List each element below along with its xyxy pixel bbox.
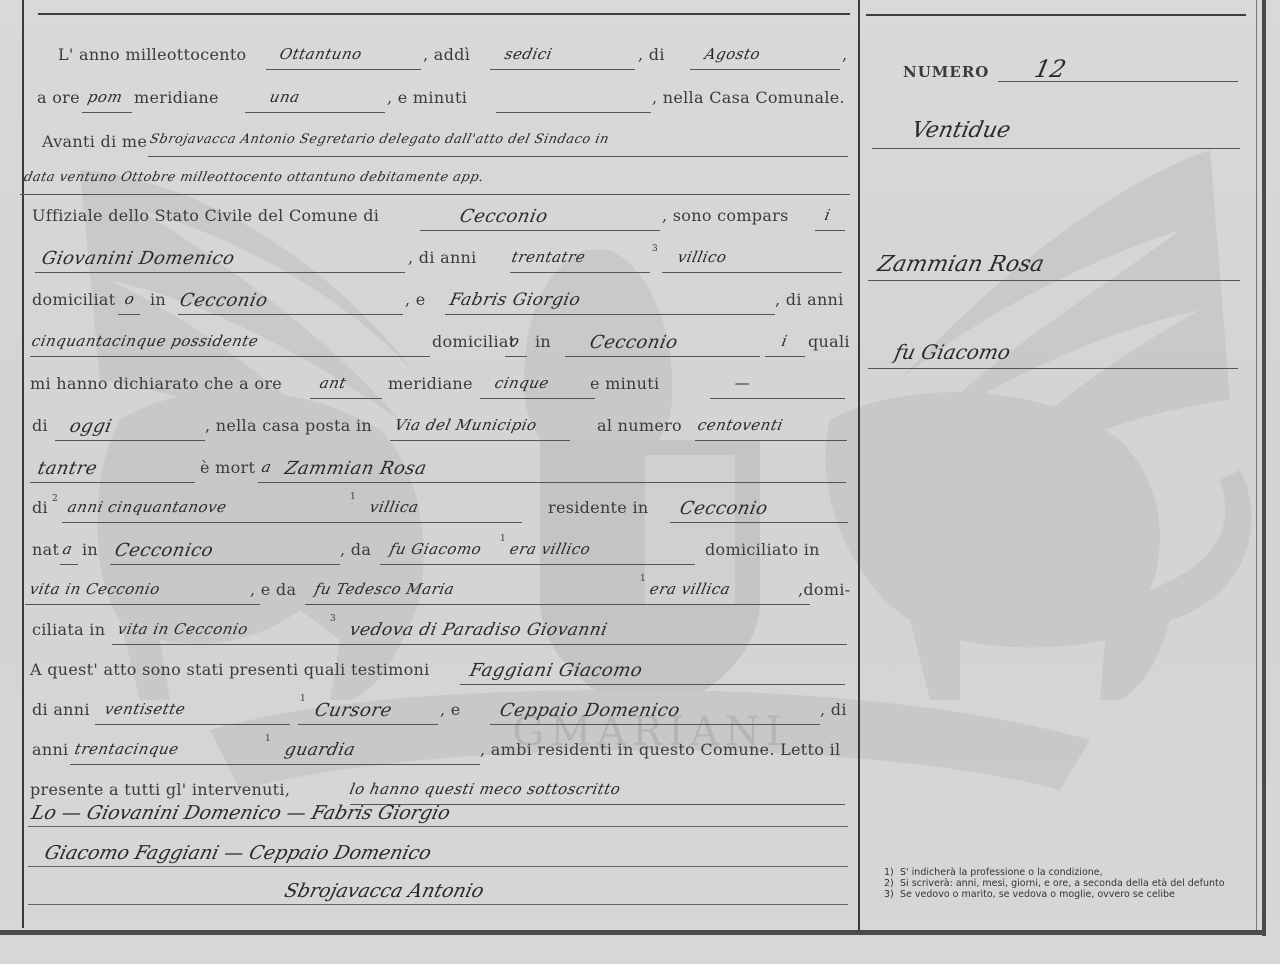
footnote-mark: 1 (300, 694, 306, 704)
handwritten-delegation: data ventuno Ottobre milleottocento otta… (22, 170, 485, 185)
signature-officer: Sbrojavacca Antonio (282, 880, 486, 902)
printed-text: domiciliat (32, 290, 115, 309)
printed-text: in (82, 540, 98, 559)
handwritten-marital-status: vedova di Paradiso Giovanni (348, 620, 609, 640)
handwritten-suffix: i (823, 206, 832, 224)
left-border (22, 0, 24, 928)
printed-text: , e (440, 700, 461, 719)
printed-text: nat (32, 540, 59, 559)
form-line-witnesses: A quest' atto sono stati presenti quali … (30, 660, 850, 690)
form-line-declaration-time: mi hanno dichiarato che a ore ant meridi… (30, 374, 850, 404)
handwritten-father: fu Giacomo (388, 540, 483, 558)
signature-declarants: Lo — Giovanini Domenico — Fabris Giorgio (29, 802, 452, 824)
handwritten-witness-2-profession: guardia (283, 740, 357, 760)
printed-text: , e da (250, 580, 296, 599)
handwritten-hour-2: una (268, 88, 302, 106)
handwritten-hour: pom (86, 88, 124, 106)
footnote-mark: 1 (500, 534, 506, 544)
printed-text: al numero (597, 416, 682, 435)
printed-text: Uffiziale dello Stato Civile del Comune … (32, 206, 379, 225)
form-line-age-residence: di 2 anni cinquantanove 1 villica reside… (30, 498, 850, 528)
handwritten-place: Cecconio (178, 290, 270, 311)
printed-text: , sono compars (662, 206, 789, 225)
form-line-deceased: tantre è mort a Zammian Rosa (30, 458, 850, 488)
column-divider (858, 0, 860, 930)
handwritten-deceased-name: Zammian Rosa (283, 458, 429, 479)
printed-text: meridiane (134, 88, 219, 107)
printed-text: è mort (200, 458, 255, 477)
printed-text: , nella casa posta in (205, 416, 372, 435)
handwritten-declarant-2: Fabris Giorgio (448, 290, 583, 310)
printed-text: di (32, 498, 48, 517)
handwritten-comune: Cecconio (458, 206, 550, 227)
printed-text: anni (32, 740, 68, 759)
handwritten-place: Cecconio (678, 498, 770, 519)
printed-text: in (535, 332, 551, 351)
footnote-1: 1) S' indicherà la professione o la cond… (884, 867, 1244, 878)
handwritten-suffix: a (61, 540, 74, 558)
handwritten-profession: villico (676, 248, 728, 266)
form-line-address: di oggi , nella casa posta in Via del Mu… (30, 416, 850, 446)
form-line-domicile-2: cinquantacinque possidente domiciliat o … (30, 332, 850, 362)
footnote-2: 2) Si scriverà: anni, mesi, giorni, e or… (884, 878, 1244, 889)
printed-text: presente a tutti gl' intervenuti, (30, 780, 290, 799)
handwritten-house-number-cont: tantre (36, 458, 100, 479)
footnotes: 1) S' indicherà la professione o la cond… (884, 867, 1244, 900)
form-line-mother: vita in Cecconio , e da fu Tedesco Maria… (30, 580, 850, 610)
signature-line (28, 866, 848, 867)
handwritten-day: oggi (68, 416, 114, 437)
handwritten-mother-domicile: vita in Cecconio (116, 620, 250, 638)
handwritten-father-domicile: vita in Cecconio (28, 580, 162, 598)
record-number: 12 (1032, 55, 1068, 83)
handwritten-age: trentatre (510, 248, 587, 266)
printed-text: meridiane (388, 374, 473, 393)
footnote-mark: 3 (330, 614, 336, 624)
printed-text: , (842, 45, 847, 64)
printed-text: quali (808, 332, 850, 351)
printed-text: Avanti di me (42, 132, 147, 151)
signature-line (28, 826, 848, 827)
handwritten-suffix: a (260, 458, 273, 476)
handwritten-witness-1-profession: Cursore (313, 700, 394, 721)
form-line-witness-2: di anni ventisette 1 Cursore , e Ceppaio… (30, 700, 850, 730)
handwritten-minutes: — (733, 374, 752, 392)
handwritten-hour: cinque (493, 374, 551, 392)
handwritten-birthplace: Cecconico (113, 540, 216, 561)
handwritten-closing: lo hanno questi meco sottoscritto (348, 780, 622, 798)
printed-text: ciliata in (32, 620, 105, 639)
handwritten-age: anni cinquantanove (66, 498, 228, 516)
bottom-rule (0, 930, 1266, 935)
form-line-comune: Uffiziale dello Stato Civile del Comune … (30, 206, 850, 236)
printed-text: , di anni (408, 248, 477, 267)
handwritten-suffix: i (780, 332, 789, 350)
numero-label: NUMERO (903, 63, 989, 81)
deceased-name-line (868, 280, 1240, 281)
footnote-mark: 3 (652, 244, 658, 254)
form-line-time: a ore pom meridiane una , e minuti , nel… (30, 88, 850, 118)
side-deceased-name: Zammian Rosa (875, 252, 1046, 277)
printed-text: A quest' atto sono stati presenti quali … (30, 660, 430, 679)
handwritten-day: sedici (503, 45, 554, 63)
printed-text: L' anno milleottocento (58, 45, 247, 64)
printed-text: di (32, 416, 48, 435)
handwritten-house-number: centoventi (696, 416, 785, 434)
printed-text: , di (638, 45, 665, 64)
handwritten-profession: villica (368, 498, 420, 516)
handwritten-ampm: ant (318, 374, 348, 392)
record-number-words: Ventidue (909, 118, 1013, 143)
printed-text: , ambi residenti in questo Comune. Letto… (480, 740, 840, 759)
footnote-mark: 2 (52, 494, 58, 504)
handwritten-street: Via del Municipio (393, 416, 539, 434)
handwritten-mother-profession: era villica (648, 580, 732, 598)
footnote-mark: 1 (265, 734, 271, 744)
signature-witnesses: Giacomo Faggiani — Ceppaio Domenico (42, 842, 433, 864)
printed-text: e minuti (590, 374, 659, 393)
handwritten-age-profession: cinquantacinque possidente (30, 332, 260, 350)
side-father-name: fu Giacomo (892, 340, 1012, 364)
handwritten-father-profession: era villico (508, 540, 592, 558)
form-line-officer: Avanti di me Sbrojavacca Antonio Segreta… (30, 132, 850, 162)
printed-text: , da (340, 540, 371, 559)
printed-text: domiciliat (432, 332, 515, 351)
father-line (868, 368, 1238, 369)
form-line-witness-2-age: anni trentacinque 1 guardia , ambi resid… (30, 740, 850, 770)
printed-text: , e minuti (387, 88, 467, 107)
printed-text: , nella Casa Comunale. (652, 88, 845, 107)
form-line-birth-father: nat a in Cecconico , da fu Giacomo 1 era… (30, 540, 850, 570)
printed-text: , addì (423, 45, 470, 64)
signature-line (28, 904, 848, 905)
form-line-declarant-1: Giovanini Domenico , di anni trentatre 3… (30, 248, 850, 278)
handwritten-place: Cecconio (588, 332, 680, 353)
printed-text: ,domi- (798, 580, 850, 599)
printed-text: domiciliato in (705, 540, 820, 559)
handwritten-witness-1-age: ventisette (103, 700, 187, 718)
handwritten-mother: fu Tedesco Maria (313, 580, 456, 598)
footnote-mark: 1 (350, 492, 356, 502)
printed-text: in (150, 290, 166, 309)
handwritten-suffix: o (123, 290, 136, 308)
printed-text: , di (820, 700, 847, 719)
form-line-domicile-1: domiciliat o in Cecconio , e Fabris Gior… (30, 290, 850, 320)
handwritten-declarant-1: Giovanini Domenico (40, 248, 237, 269)
form-line-delegation: data ventuno Ottobre milleottocento otta… (30, 170, 850, 200)
printed-text: mi hanno dichiarato che a ore (30, 374, 282, 393)
printed-text: di anni (32, 700, 90, 719)
right-border-inner (1256, 0, 1257, 934)
handwritten-year: Ottantuno (278, 45, 364, 63)
handwritten-officer: Sbrojavacca Antonio Segretario delegato … (148, 132, 610, 147)
handwritten-witness-2-age: trentacinque (73, 740, 181, 758)
form-line-mother-domicile: ciliata in vita in Cecconio 3 vedova di … (30, 620, 850, 650)
printed-text: residente in (548, 498, 648, 517)
footnote-mark: 1 (640, 574, 646, 584)
numero-words-line (872, 148, 1240, 149)
handwritten-month: Agosto (703, 45, 762, 63)
printed-text: , di anni (775, 290, 844, 309)
handwritten-witness-1: Faggiani Giacomo (468, 660, 645, 681)
printed-text: a ore (37, 88, 80, 107)
document-page: GMARIANI L' anno milleottocento Ottantun… (0, 0, 1280, 964)
top-rule-right (866, 14, 1246, 16)
top-rule (38, 13, 850, 15)
printed-text: , e (405, 290, 426, 309)
footnote-3: 3) Se vedovo o marito, se vedova o mogli… (884, 889, 1244, 900)
handwritten-witness-2: Ceppaio Domenico (498, 700, 682, 721)
right-border (1262, 0, 1266, 936)
form-line-date: L' anno milleottocento Ottantuno , addì … (30, 45, 850, 75)
